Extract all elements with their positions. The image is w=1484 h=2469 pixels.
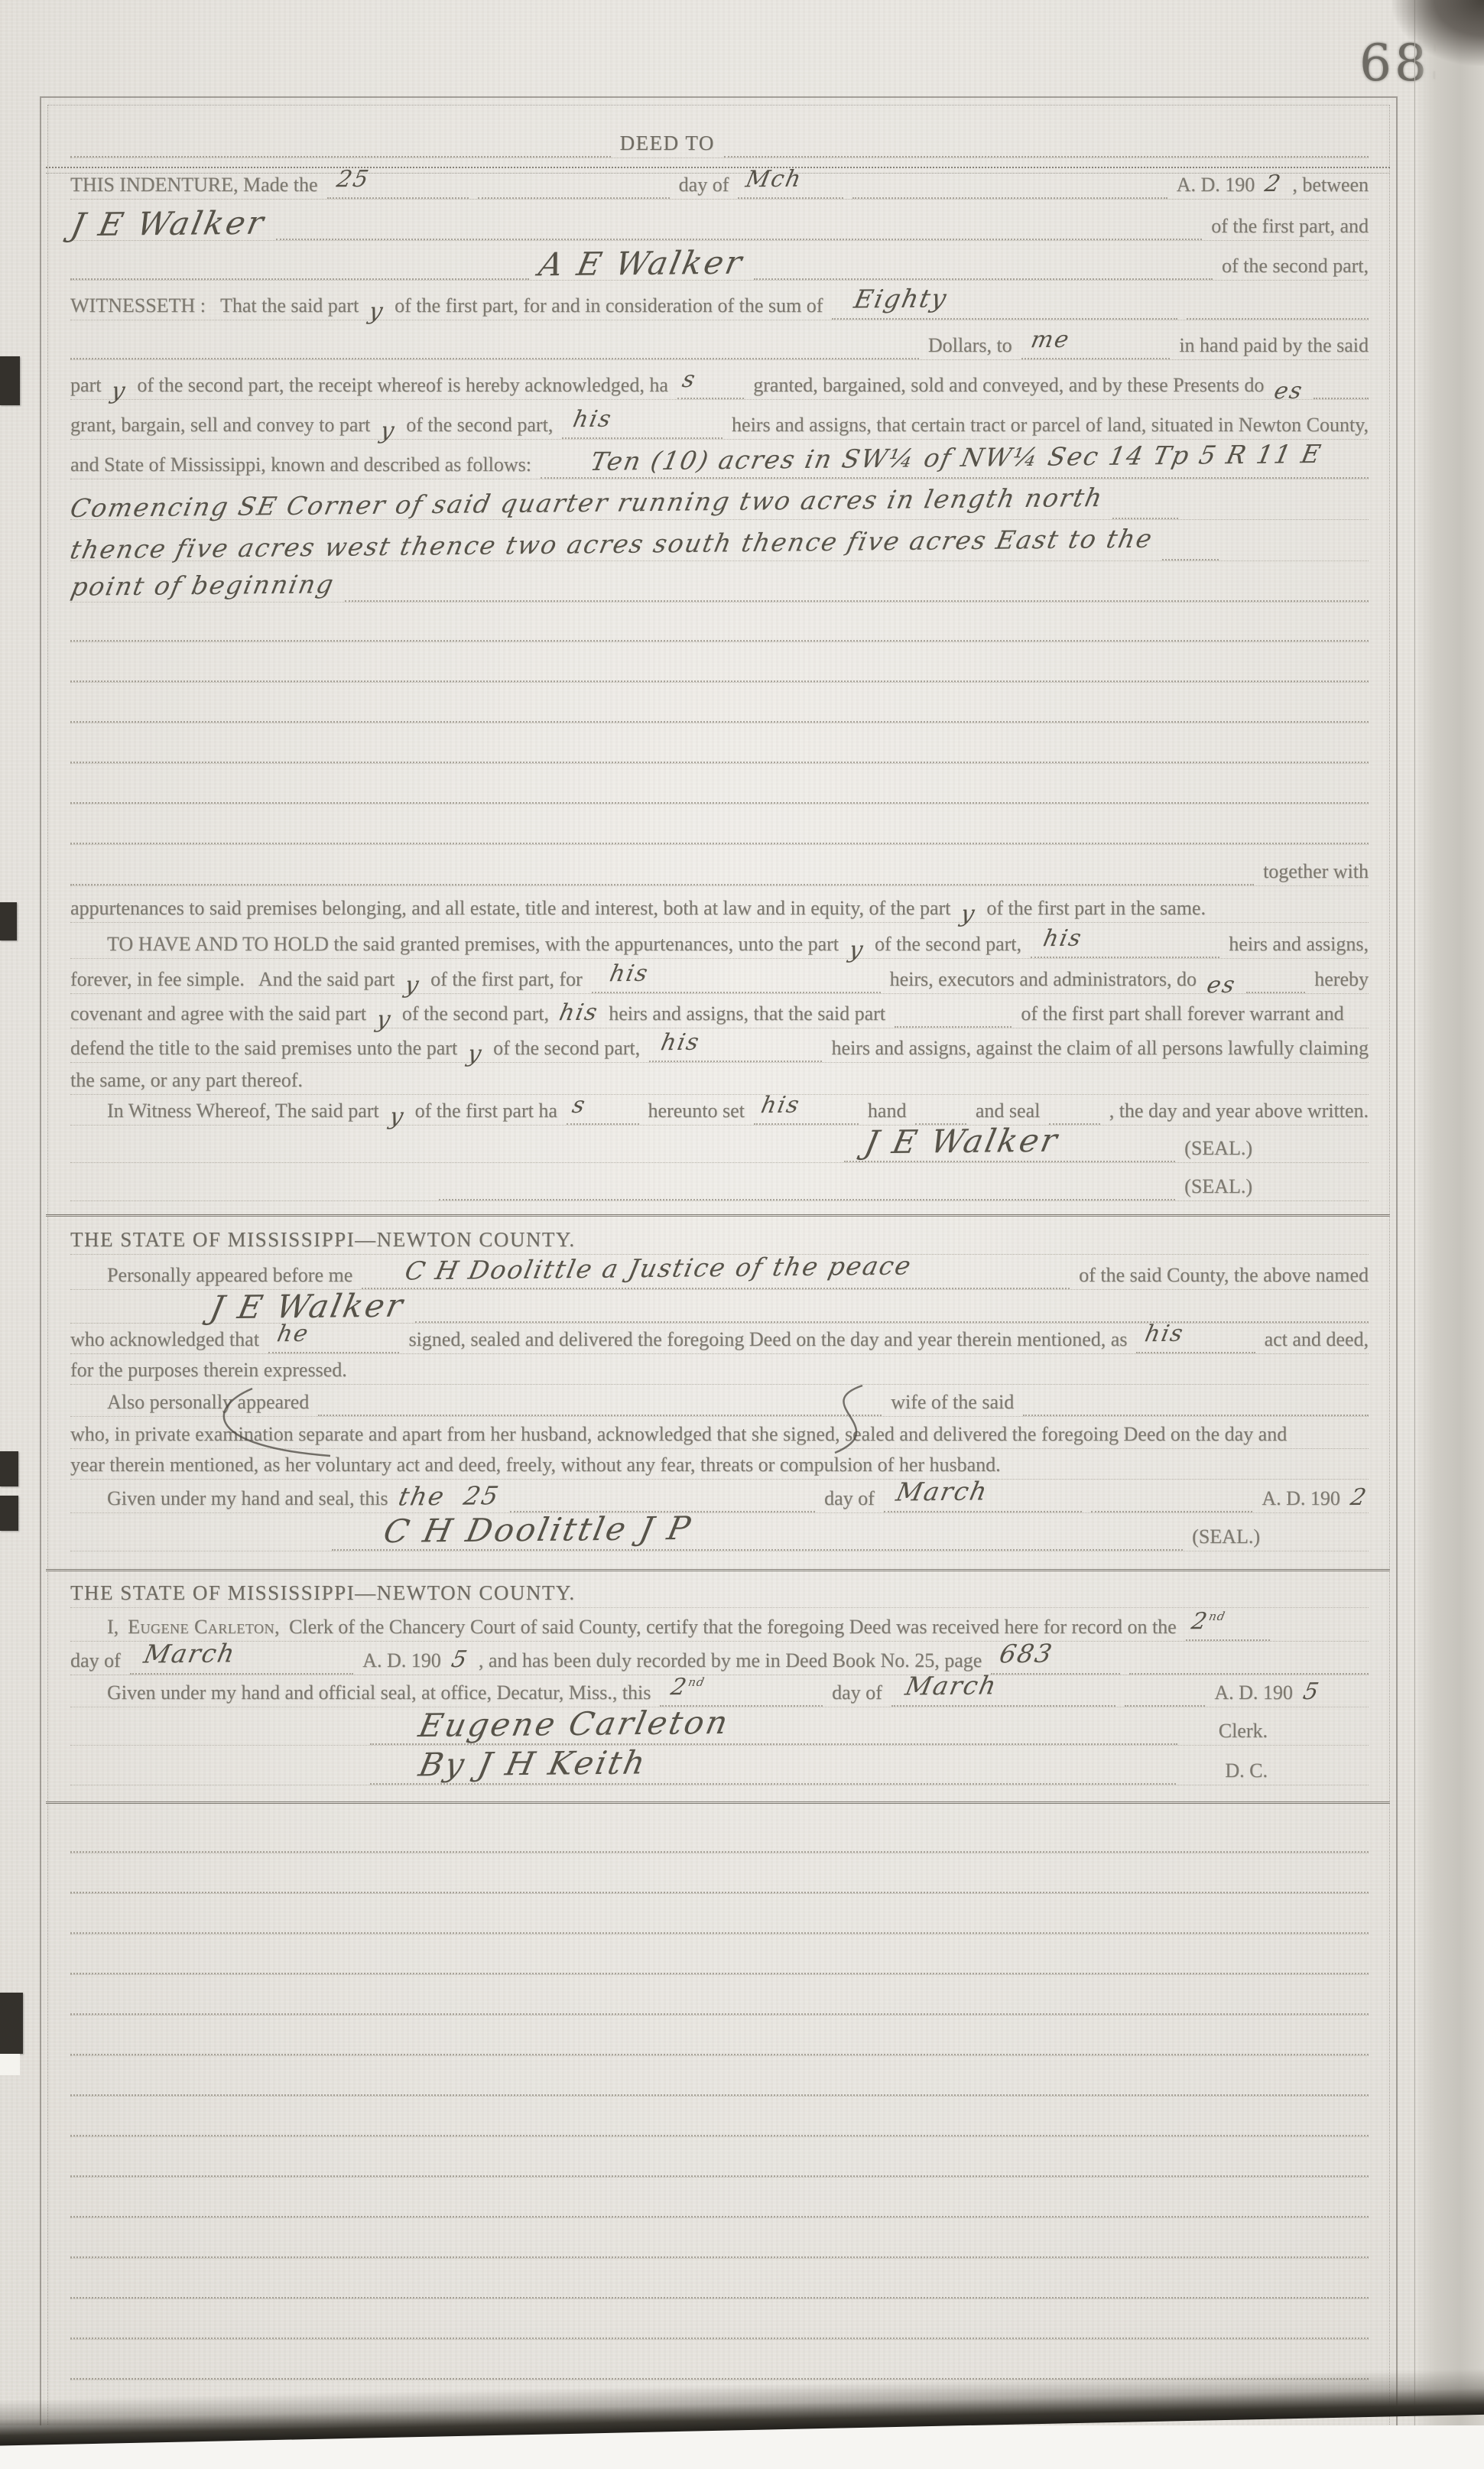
ruled-blank xyxy=(70,720,1369,764)
spacer xyxy=(1269,1548,1369,1551)
ruled-blank xyxy=(70,2053,1369,2097)
dotted-rule: March xyxy=(891,1664,1116,1707)
line-given-official-seal: Given under my hand and official seal, a… xyxy=(70,1664,1369,1707)
dotted-rule: March xyxy=(884,1470,1082,1512)
spacer xyxy=(70,1548,323,1551)
ruled-blank xyxy=(70,2256,1369,2299)
handwritten-text: me xyxy=(1029,326,1073,354)
dotted-rule xyxy=(345,559,1369,602)
line-doolittle-signature: C H Doolittle J P(SEAL.) xyxy=(70,1508,1369,1551)
page-corner-shadow xyxy=(1392,0,1484,66)
dotted-rule: 2nd xyxy=(660,1664,823,1707)
line-description-2: Comencing SE Corner of said quarter runn… xyxy=(70,476,1369,520)
printed-text: and State of Mississippi, known and desc… xyxy=(70,453,531,479)
line-dollars: Dollars, tomein hand paid by the said xyxy=(70,317,1369,360)
dotted-rule xyxy=(70,2296,1369,2339)
dotted-rule xyxy=(70,2256,1369,2298)
handwritten-text: his xyxy=(608,960,651,988)
dotted-rule xyxy=(70,317,919,359)
handwritten-text: Eighty xyxy=(851,283,950,313)
section-divider xyxy=(46,1214,1390,1221)
dotted-rule xyxy=(70,2094,1369,2136)
dotted-rule xyxy=(1314,356,1369,399)
dotted-rule xyxy=(915,1082,966,1125)
dotted-rule xyxy=(1091,1470,1253,1512)
dotted-rule: J E Walker xyxy=(844,1119,1175,1162)
line-witnesseth: WITNESSETH : That the said partyof the f… xyxy=(70,277,1369,320)
dotted-rule xyxy=(1162,518,1218,560)
dotted-rule: Eugene Carleton xyxy=(370,1702,1177,1745)
dotted-rule: Eighty xyxy=(832,277,1177,320)
line-carleton-signature: Eugene CarletonClerk. xyxy=(70,1702,1369,1746)
ruled-blank xyxy=(70,639,1369,683)
ruled-blank xyxy=(70,761,1369,804)
dotted-rule xyxy=(724,115,1369,158)
dotted-rule xyxy=(70,1972,1369,2015)
handwritten-text: March xyxy=(894,1476,991,1506)
dotted-rule xyxy=(70,1850,1369,1893)
printed-text: day of xyxy=(679,174,729,199)
dotted-rule xyxy=(478,156,669,199)
ruled-blank xyxy=(70,1972,1369,2016)
handwritten-text: 2nd xyxy=(1190,1608,1228,1635)
ruled-blank xyxy=(70,1850,1369,1894)
binding-mark xyxy=(0,1451,18,1486)
line-first-party: J E Walkerof the first part, and xyxy=(70,197,1369,241)
binding-mark-light xyxy=(0,2054,20,2075)
line-seal-1: J E Walker(SEAL.) xyxy=(70,1119,1369,1163)
dotted-rule xyxy=(276,197,1203,240)
ruled-blank xyxy=(70,2094,1369,2137)
ruled-blank xyxy=(70,599,1369,642)
ruled-blank xyxy=(70,1891,1369,1935)
handwritten-text: C H Doolittle J P xyxy=(380,1509,695,1550)
dotted-rule xyxy=(70,761,1369,804)
ruled-blank xyxy=(70,2337,1369,2380)
handwritten-text: point of beginning xyxy=(69,569,338,602)
dotted-rule: Mch xyxy=(738,156,843,199)
dotted-rule: his xyxy=(754,1082,859,1125)
binding-mark xyxy=(0,1496,18,1531)
line-grant-convey: grant, bargain, sell and convey to party… xyxy=(70,396,1369,440)
dotted-rule xyxy=(70,237,529,280)
dotted-rule: 25 xyxy=(327,156,469,199)
dotted-rule xyxy=(70,2134,1369,2177)
dotted-rule xyxy=(70,115,611,158)
spacer xyxy=(70,1197,430,1200)
ruled-blank xyxy=(70,801,1369,845)
dotted-rule xyxy=(70,639,1369,682)
dotted-rule xyxy=(1187,277,1369,320)
handwritten-text: s xyxy=(680,366,700,393)
handwritten-text: 5 xyxy=(1301,1678,1322,1705)
dotted-rule: C H Doolittle J P xyxy=(332,1508,1183,1551)
ruled-blank xyxy=(70,2175,1369,2218)
handwritten-text: Ten (10) acres in SW¼ of NW¼ Sec 14 Tp 5… xyxy=(588,439,1325,476)
dotted-rule xyxy=(852,156,1167,199)
dotted-rule xyxy=(70,720,1369,763)
dotted-rule xyxy=(70,1891,1369,1934)
dotted-rule: By J H Keith xyxy=(370,1742,1176,1785)
line-seal-2: (SEAL.) xyxy=(70,1158,1369,1201)
ruled-blank xyxy=(70,2215,1369,2259)
handwritten-text: his xyxy=(570,406,614,434)
printed-text: D. C. xyxy=(1225,1759,1268,1785)
spacer xyxy=(1185,1782,1216,1785)
dotted-rule xyxy=(70,2053,1369,2096)
dotted-rule: s xyxy=(567,1082,639,1125)
binding-mark xyxy=(0,902,17,940)
ruled-blank xyxy=(70,2013,1369,2056)
line-description: and State of Mississippi, known and desc… xyxy=(70,436,1369,479)
handwritten-text: 2nd xyxy=(669,1674,707,1701)
spacer xyxy=(1277,1782,1369,1785)
dotted-rule xyxy=(70,1931,1369,1974)
line-keith-signature: By J H KeithD. C. xyxy=(70,1742,1369,1785)
handwritten-text: March xyxy=(903,1670,1000,1701)
dotted-rule xyxy=(754,237,1213,280)
ruled-blank xyxy=(70,2296,1369,2340)
dotted-rule xyxy=(70,2215,1369,2258)
dotted-rule xyxy=(439,1158,1175,1200)
handwritten-text: the 25 xyxy=(395,1480,502,1511)
line-indenture: THIS INDENTURE, Made the25day ofMchA. D.… xyxy=(70,156,1369,200)
printed-text: A. D. 190 xyxy=(1177,174,1255,199)
handwritten-text: s xyxy=(570,1092,589,1119)
printed-text: DEED TO xyxy=(620,132,715,158)
dotted-rule: s xyxy=(677,356,744,399)
handwritten-text: Mch xyxy=(743,166,804,193)
printed-text: THIS INDENTURE, Made the xyxy=(70,174,318,199)
dotted-rule xyxy=(1112,476,1178,519)
ruled-blank xyxy=(70,1810,1369,1853)
dotted-rule xyxy=(70,2013,1369,2055)
line-second-party: A E Walkerof the second part, xyxy=(70,237,1369,281)
dotted-rule: his xyxy=(562,396,723,439)
handwritten-text: By J H Keith xyxy=(416,1743,651,1783)
dotted-rule xyxy=(70,2175,1369,2217)
dotted-rule xyxy=(1125,1664,1205,1707)
printed-text: , between xyxy=(1292,174,1369,199)
dotted-rule: Ten (10) acres in SW¼ of NW¼ Sec 14 Tp 5… xyxy=(541,436,1369,479)
section-divider xyxy=(46,1801,1390,1808)
line-description-4: point of beginning xyxy=(70,559,1369,603)
page-right-edge xyxy=(1414,0,1484,2469)
section-divider xyxy=(46,1569,1390,1576)
handwritten-text: his xyxy=(758,1092,802,1119)
handwritten-text: 25 xyxy=(334,166,372,193)
handwritten-text: his xyxy=(1041,925,1084,953)
dotted-rule xyxy=(510,1470,816,1512)
line-given-seal: Given under my hand and seal, thisthe 25… xyxy=(70,1470,1369,1513)
header-deed-to: DEED TO xyxy=(70,115,1369,158)
handwritten-text: J E Walker xyxy=(862,1122,1063,1161)
line-description-3: thence five acres west thence two acres … xyxy=(70,518,1369,561)
dotted-rule xyxy=(70,1810,1369,1853)
binding-mark xyxy=(0,1993,23,2054)
dotted-rule xyxy=(70,2337,1369,2380)
handwritten-text: 2 xyxy=(1263,171,1284,197)
handwritten-text: Eugene Carleton xyxy=(416,1704,733,1744)
spacer xyxy=(70,1782,361,1785)
ruled-blank xyxy=(70,1931,1369,1975)
printed-text: (SEAL.) xyxy=(1192,1525,1260,1551)
dotted-rule xyxy=(1049,1082,1099,1125)
dotted-rule xyxy=(70,680,1369,723)
ruled-blank xyxy=(70,2134,1369,2178)
binding-mark xyxy=(0,356,20,405)
dotted-rule: me xyxy=(1021,317,1171,359)
handwritten-text: 2 xyxy=(1348,1484,1369,1511)
spacer xyxy=(1262,1197,1369,1200)
deed-record-page: 683 DEED TOTHIS INDENTURE, Made the25day… xyxy=(0,0,1484,2469)
dotted-rule xyxy=(70,801,1369,844)
line-receipt: partyof the second part, the receipt whe… xyxy=(70,356,1369,400)
dotted-rule xyxy=(70,599,1369,642)
printed-text: (SEAL.) xyxy=(1184,1175,1252,1200)
ruled-blank xyxy=(70,680,1369,723)
